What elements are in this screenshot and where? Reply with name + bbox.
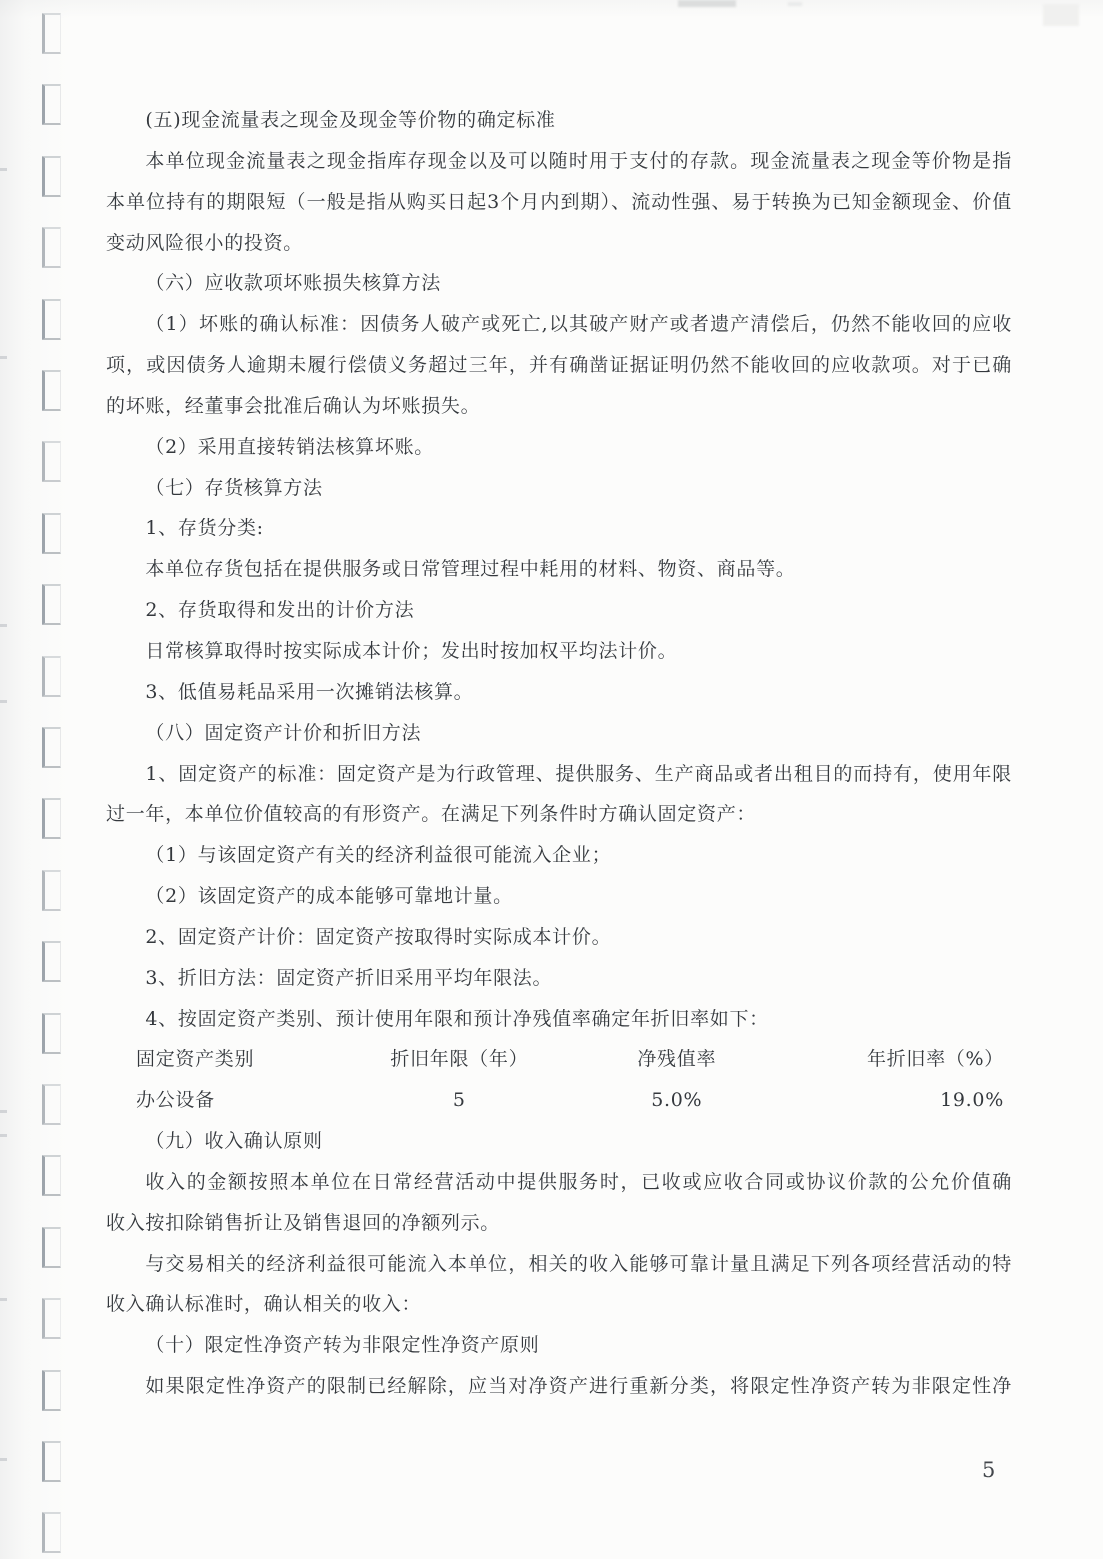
binding-mark bbox=[42, 1512, 61, 1553]
text-line: （九）收入确认原则 bbox=[106, 1121, 1012, 1162]
binding-mark bbox=[42, 584, 61, 625]
text-line: （2）采用直接转销法核算坏账。 bbox=[106, 427, 1012, 468]
document-body: (五)现金流量表之现金及现金等价物的确定标准本单位现金流量表之现金指库存现金以及… bbox=[106, 100, 1012, 1407]
binding-mark bbox=[42, 1013, 61, 1054]
binding-mark bbox=[42, 513, 61, 554]
binding-mark bbox=[42, 1298, 61, 1339]
text-line: (五)现金流量表之现金及现金等价物的确定标准 bbox=[106, 100, 1012, 141]
binding-mark bbox=[42, 870, 61, 911]
binding-mark bbox=[42, 941, 61, 982]
scan-artifact bbox=[0, 624, 7, 627]
binding-mark bbox=[42, 727, 61, 768]
text-line: 4、按固定资产类别、预计使用年限和预计净残值率确定年折旧率如下： bbox=[106, 999, 1012, 1040]
scanned-page: (五)现金流量表之现金及现金等价物的确定标准本单位现金流量表之现金指库存现金以及… bbox=[0, 0, 1103, 1559]
depreciation-table-header-row: 固定资产类别折旧年限（年）净残值率年折旧率（%） bbox=[106, 1039, 1012, 1080]
binding-mark bbox=[42, 441, 61, 482]
binding-mark bbox=[42, 370, 61, 411]
binding-mark bbox=[42, 13, 61, 54]
binding-mark bbox=[42, 1084, 61, 1125]
text-line: 2、固定资产计价：固定资产按取得时实际成本计价。 bbox=[106, 917, 1012, 958]
scan-artifact bbox=[0, 1110, 7, 1113]
binding-mark bbox=[42, 1155, 61, 1196]
text-line: 3、折旧方法：固定资产折旧采用平均年限法。 bbox=[106, 958, 1012, 999]
binding-mark bbox=[42, 1441, 61, 1482]
text-line: （1）与该固定资产有关的经济利益很可能流入企业； bbox=[106, 835, 1012, 876]
scan-artifact bbox=[0, 1298, 7, 1301]
text-line: （1）坏账的确认标准：因债务人破产或死亡,以其破产财产或者遗产清偿后，仍然不能收… bbox=[106, 304, 1012, 345]
table-header-cell: 固定资产类别 bbox=[106, 1039, 360, 1080]
page-number: 5 bbox=[982, 1458, 995, 1482]
binding-mark bbox=[42, 227, 61, 268]
text-line: 项，或因债务人逾期未履行偿债义务超过三年，并有确凿证据证明仍然不能收回的应收款项… bbox=[106, 345, 1012, 386]
text-line: 日常核算取得时按实际成本计价；发出时按加权平均法计价。 bbox=[106, 631, 1012, 672]
scan-artifact bbox=[0, 356, 7, 359]
scan-artifact bbox=[788, 2, 802, 6]
table-header-cell: 净残值率 bbox=[559, 1039, 795, 1080]
binding-mark bbox=[42, 1370, 61, 1411]
table-cell: 办公设备 bbox=[106, 1080, 360, 1121]
text-line: 本单位现金流量表之现金指库存现金以及可以随时用于支付的存款。现金流量表之现金等价… bbox=[106, 141, 1012, 182]
text-line: （十）限定性净资产转为非限定性净资产原则 bbox=[106, 1325, 1012, 1366]
binding-mark bbox=[42, 84, 61, 125]
scan-artifact bbox=[0, 168, 7, 171]
text-line: （六）应收款项坏账损失核算方法 bbox=[106, 263, 1012, 304]
text-line: 与交易相关的经济利益很可能流入本单位，相关的收入能够可靠计量且满足下列各项经营活… bbox=[106, 1244, 1012, 1285]
text-line: （七）存货核算方法 bbox=[106, 468, 1012, 509]
table-cell: 5.0% bbox=[559, 1080, 795, 1121]
text-line: 1、固定资产的标准：固定资产是为行政管理、提供服务、生产商品或者出租目的而持有，… bbox=[106, 754, 1012, 795]
text-line: 过一年，本单位价值较高的有形资产。在满足下列条件时方确认固定资产： bbox=[106, 794, 1012, 835]
scan-artifact bbox=[678, 0, 736, 7]
binding-mark bbox=[42, 798, 61, 839]
scan-artifact bbox=[0, 1134, 7, 1137]
text-line: （八）固定资产计价和折旧方法 bbox=[106, 713, 1012, 754]
text-line: 2、存货取得和发出的计价方法 bbox=[106, 590, 1012, 631]
binding-mark bbox=[42, 156, 61, 197]
scan-artifact bbox=[0, 700, 7, 703]
text-line: （2）该固定资产的成本能够可靠地计量。 bbox=[106, 876, 1012, 917]
binding-mark bbox=[42, 656, 61, 697]
text-line: 收入确认标准时，确认相关的收入： bbox=[106, 1284, 1012, 1325]
scan-artifact bbox=[0, 1458, 7, 1461]
text-line: 收入按扣除销售折让及销售退回的净额列示。 bbox=[106, 1203, 1012, 1244]
text-line: 收入的金额按照本单位在日常经营活动中提供服务时，已收或应收合同或协议价款的公允价… bbox=[106, 1162, 1012, 1203]
text-line: 的坏账，经董事会批准后确认为坏账损失。 bbox=[106, 386, 1012, 427]
binding-mark bbox=[42, 1227, 61, 1268]
text-line: 如果限定性净资产的限制已经解除，应当对净资产进行重新分类，将限定性净资产转为非限… bbox=[106, 1366, 1012, 1407]
text-line: 本单位持有的期限短（一般是指从购买日起3个月内到期）、流动性强、易于转换为已知金… bbox=[106, 182, 1012, 223]
text-line: 变动风险很小的投资。 bbox=[106, 223, 1012, 264]
table-cell: 5 bbox=[360, 1080, 559, 1121]
text-line: 本单位存货包括在提供服务或日常管理过程中耗用的材料、物资、商品等。 bbox=[106, 549, 1012, 590]
depreciation-table-data-row: 办公设备55.0%19.0% bbox=[106, 1080, 1012, 1121]
table-header-cell: 年折旧率（%） bbox=[795, 1039, 1012, 1080]
table-header-cell: 折旧年限（年） bbox=[360, 1039, 559, 1080]
scan-artifact bbox=[1043, 4, 1079, 26]
text-line: 3、低值易耗品采用一次摊销法核算。 bbox=[106, 672, 1012, 713]
text-line: 1、存货分类: bbox=[106, 508, 1012, 549]
table-cell: 19.0% bbox=[795, 1080, 1012, 1121]
binding-mark bbox=[42, 299, 61, 340]
